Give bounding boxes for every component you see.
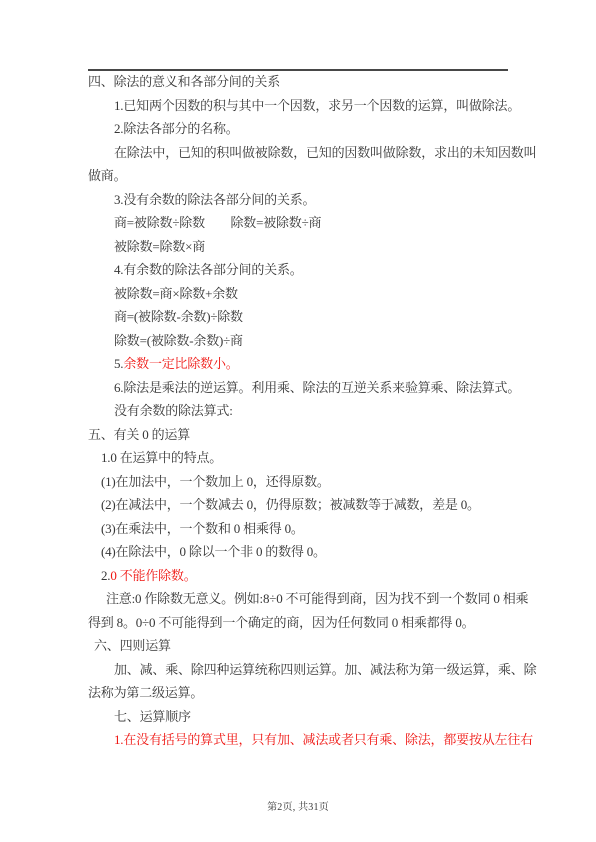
text-run: (3)在乘法中，一个数和 0 相乘得 0。 xyxy=(101,521,304,536)
page-footer: 第2页, 共31页 xyxy=(0,798,596,813)
text-line: 七、运算顺序 xyxy=(114,705,518,729)
text-line: 被除数=除数×商 xyxy=(114,235,518,259)
text-run: 做商。 xyxy=(88,168,126,183)
text-line: 1.在没有括号的算式里，只有加、减法或者只有乘、除法，都要按从左往右 xyxy=(114,728,518,752)
text-line: 五、有关 0 的运算 xyxy=(88,423,518,447)
text-run-red: 1.在没有括号的算式里，只有加、减法或者只有乘、除法，都要按从左往右 xyxy=(114,732,533,747)
text-line: 2.除法各部分的名称。 xyxy=(114,117,518,141)
text-run-red: 0 不能作除数。 xyxy=(110,568,196,583)
document-body: 四、除法的意义和各部分间的关系1.已知两个因数的积与其中一个因数，求另一个因数的… xyxy=(88,70,518,752)
text-line: (1)在加法中，一个数加上 0，还得原数。 xyxy=(101,470,518,494)
text-run: 四、除法的意义和各部分间的关系 xyxy=(88,74,280,89)
text-run: (1)在加法中，一个数加上 0，还得原数。 xyxy=(101,474,330,489)
text-run: 5. xyxy=(114,356,123,371)
text-line: 除数=(被除数-余数)÷商 xyxy=(114,329,518,353)
text-run: 3.没有余数的除法各部分间的关系。 xyxy=(114,192,315,207)
text-run: 被除数=除数×商 xyxy=(114,239,205,254)
page-number-label: 第2页, 共31页 xyxy=(267,802,329,813)
text-run: 2. xyxy=(101,568,110,583)
text-run: 6.除法是乘法的逆运算。利用乘、除法的互逆关系来验算乘、除法算式。 xyxy=(114,380,520,395)
text-line: 法称为第二级运算。 xyxy=(88,681,518,705)
text-run: 七、运算顺序 xyxy=(114,709,191,724)
text-run: 1.已知两个因数的积与其中一个因数，求另一个因数的运算，叫做除法。 xyxy=(114,98,520,113)
text-run: 被除数=商×除数+余数 xyxy=(114,286,238,301)
text-line: 做商。 xyxy=(88,164,518,188)
text-line: 1.已知两个因数的积与其中一个因数，求另一个因数的运算，叫做除法。 xyxy=(114,94,518,118)
text-run: 没有余数的除法算式: xyxy=(114,403,233,418)
text-line: 商=被除数÷除数 除数=被除数÷商 xyxy=(114,211,518,235)
document-page: 四、除法的意义和各部分间的关系1.已知两个因数的积与其中一个因数，求另一个因数的… xyxy=(0,0,596,842)
text-run-red: 余数一定比除数小。 xyxy=(123,356,238,371)
text-run: 在除法中，已知的积叫做被除数，已知的因数叫做除数，求出的未知因数叫 xyxy=(114,145,536,160)
text-run: (4)在除法中，0 除以一个非 0 的数得 0。 xyxy=(101,544,326,559)
text-run: 法称为第二级运算。 xyxy=(88,685,203,700)
text-run: 得到 8。0÷0 不可能得到一个确定的商，因为任何数同 0 相乘都得 0。 xyxy=(88,615,475,630)
text-line: 商=(被除数-余数)÷除数 xyxy=(114,305,518,329)
text-run: 商=(被除数-余数)÷除数 xyxy=(114,309,243,324)
text-line: 在除法中，已知的积叫做被除数，已知的因数叫做除数，求出的未知因数叫 xyxy=(114,141,518,165)
text-line: (4)在除法中，0 除以一个非 0 的数得 0。 xyxy=(101,540,518,564)
text-line: 没有余数的除法算式: xyxy=(114,399,518,423)
text-run: 1.0 在运算中的特点。 xyxy=(101,450,222,465)
text-line: 3.没有余数的除法各部分间的关系。 xyxy=(114,188,518,212)
text-run: 注意:0 作除数无意义。例如:8÷0 不可能得到商，因为找不到一个数同 0 相乘 xyxy=(106,591,528,606)
text-run: 加、减、乘、除四种运算统称四则运算。加、减法称为第一级运算，乘、除 xyxy=(114,662,536,677)
text-line: 2.0 不能作除数。 xyxy=(101,564,518,588)
text-line: 1.0 在运算中的特点。 xyxy=(101,446,518,470)
text-line: 注意:0 作除数无意义。例如:8÷0 不可能得到商，因为找不到一个数同 0 相乘 xyxy=(106,587,518,611)
text-line: 5.余数一定比除数小。 xyxy=(114,352,518,376)
text-run: 2.除法各部分的名称。 xyxy=(114,121,239,136)
text-line: 4.有余数的除法各部分间的关系。 xyxy=(114,258,518,282)
text-line: (2)在减法中，一个数减去 0，仍得原数；被减数等于减数，差是 0。 xyxy=(101,493,518,517)
text-line: 四、除法的意义和各部分间的关系 xyxy=(88,70,518,94)
text-line: 被除数=商×除数+余数 xyxy=(114,282,518,306)
text-line: 6.除法是乘法的逆运算。利用乘、除法的互逆关系来验算乘、除法算式。 xyxy=(114,376,518,400)
text-run: 商=被除数÷除数 除数=被除数÷商 xyxy=(114,215,321,230)
text-run: 4.有余数的除法各部分间的关系。 xyxy=(114,262,303,277)
text-run: 除数=(被除数-余数)÷商 xyxy=(114,333,243,348)
text-run: 六、四则运算 xyxy=(94,638,171,653)
text-line: 加、减、乘、除四种运算统称四则运算。加、减法称为第一级运算，乘、除 xyxy=(114,658,518,682)
text-line: 六、四则运算 xyxy=(94,634,518,658)
text-run: (2)在减法中，一个数减去 0，仍得原数；被减数等于减数，差是 0。 xyxy=(101,497,480,512)
text-line: 得到 8。0÷0 不可能得到一个确定的商，因为任何数同 0 相乘都得 0。 xyxy=(88,611,518,635)
text-line: (3)在乘法中，一个数和 0 相乘得 0。 xyxy=(101,517,518,541)
text-run: 五、有关 0 的运算 xyxy=(88,427,190,442)
